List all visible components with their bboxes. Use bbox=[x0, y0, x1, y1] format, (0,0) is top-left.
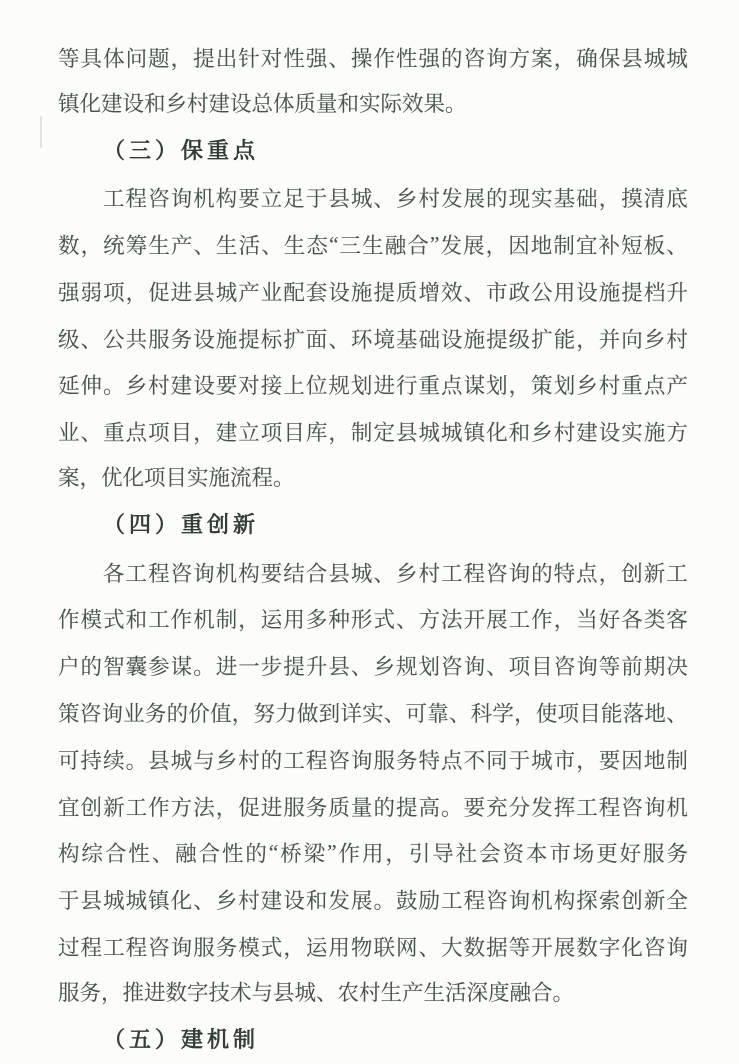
text-line: 案，优化项目实施流程。 bbox=[58, 455, 688, 502]
text-line: 作模式和工作机制，运用多种形式、方法开展工作，当好各类客 bbox=[58, 596, 688, 643]
section-heading: （五）建机制 bbox=[58, 1017, 688, 1064]
text-line: 可持续。县城与乡村的工程咨询服务特点不同于城市，要因地制 bbox=[58, 736, 688, 783]
text-line: 强弱项，促进县城产业配套设施提质增效、市政公用设施提档升 bbox=[58, 268, 688, 315]
text-line: 于县城城镇化、乡村建设和发展。鼓励工程咨询机构探索创新全 bbox=[58, 876, 688, 923]
text-line: 宜创新工作方法，促进服务质量的提高。要充分发挥工程咨询机 bbox=[58, 783, 688, 830]
text-line: 服务，推进数字技术与县城、农村生产生活深度融合。 bbox=[58, 970, 688, 1017]
scan-artifact bbox=[40, 116, 42, 148]
text-line: 业、重点项目，建立项目库，制定县城城镇化和乡村建设实施方 bbox=[58, 408, 688, 455]
text-line: 等具体问题，提出针对性强、操作性强的咨询方案，确保县城城 bbox=[58, 34, 688, 81]
text-line: 级、公共服务设施提标扩面、环境基础设施提级扩能，并向乡村 bbox=[58, 315, 688, 362]
text-line: 延伸。乡村建设要对接上位规划进行重点谋划，策划乡村重点产 bbox=[58, 362, 688, 409]
text-line: 策咨询业务的价值，努力做到详实、可靠、科学，使项目能落地、 bbox=[58, 689, 688, 736]
text-line: 镇化建设和乡村建设总体质量和实际效果。 bbox=[58, 81, 688, 128]
text-line: 过程工程咨询服务模式，运用物联网、大数据等开展数字化咨询 bbox=[58, 923, 688, 970]
text-line: 户的智囊参谋。进一步提升县、乡规划咨询、项目咨询等前期决 bbox=[58, 642, 688, 689]
text-line: 工程咨询机构要立足于县城、乡村发展的现实基础，摸清底 bbox=[58, 174, 688, 221]
text-line: 构综合性、融合性的“桥梁”作用，引导社会资本市场更好服务 bbox=[58, 830, 688, 877]
text-line: 数，统筹生产、生活、生态“三生融合”发展，因地制宜补短板、 bbox=[58, 221, 688, 268]
section-heading: （四）重创新 bbox=[58, 502, 688, 549]
text-line: 各工程咨询机构要结合县城、乡村工程咨询的特点，创新工 bbox=[58, 549, 688, 596]
section-heading: （三）保重点 bbox=[58, 128, 688, 175]
text-column: 等具体问题，提出针对性强、操作性强的咨询方案，确保县城城镇化建设和乡村建设总体质… bbox=[58, 34, 688, 1064]
document-page: 等具体问题，提出针对性强、操作性强的咨询方案，确保县城城镇化建设和乡村建设总体质… bbox=[0, 0, 739, 1064]
